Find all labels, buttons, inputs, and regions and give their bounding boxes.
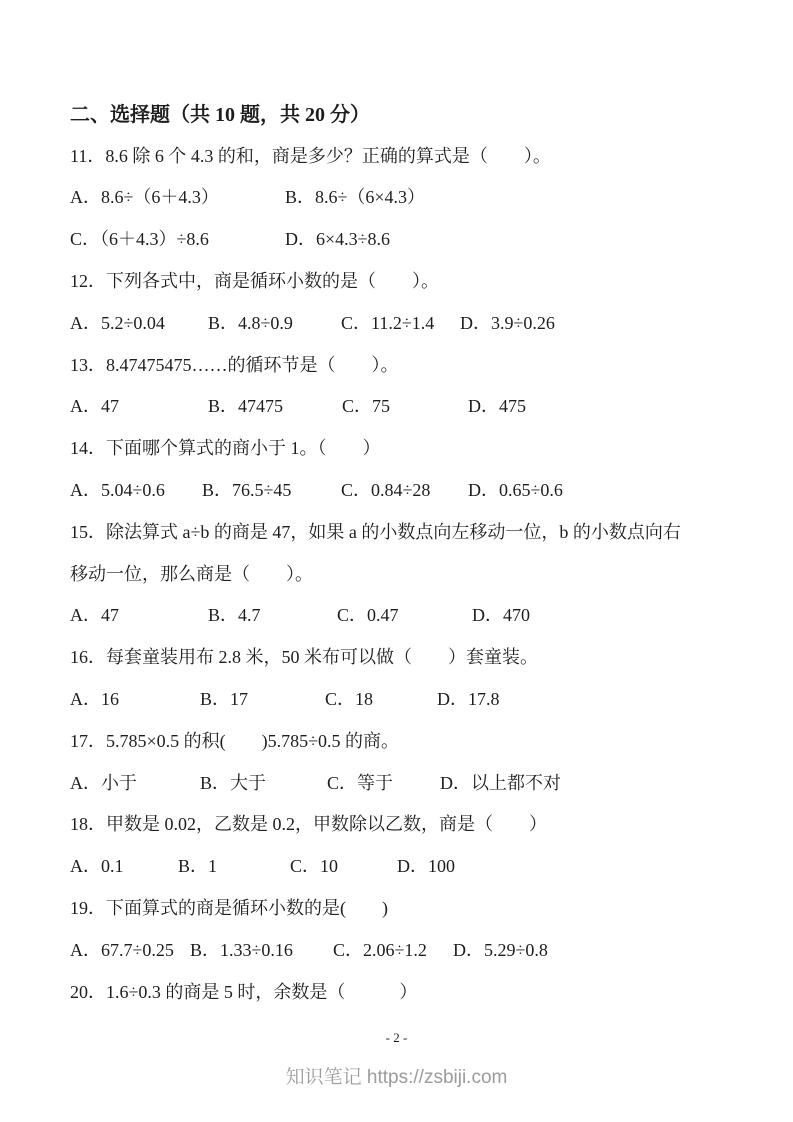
q11-options-row-1: A．8.6÷（6＋4.3） B．8.6÷（6×4.3） xyxy=(70,176,735,218)
q18-stem-text: 18．甲数是 0.02，乙数是 0.2，甲数除以乙数，商是（ ） xyxy=(70,810,547,836)
q16-option-a: A．16 xyxy=(70,685,200,711)
q18-stem: 18．甲数是 0.02，乙数是 0.2，甲数除以乙数，商是（ ） xyxy=(70,803,735,845)
q14-option-b: B．76.5÷45 xyxy=(202,476,341,502)
q18-options-row: A．0.1 B．1 C．10 D．100 xyxy=(70,844,735,886)
q12-option-a: A．5.2÷0.04 xyxy=(70,309,208,335)
q16-option-b: B．17 xyxy=(200,685,325,711)
q17-option-c: C．等于 xyxy=(327,769,440,795)
q19-stem-text: 19．下面算式的商是循环小数的是( ) xyxy=(70,894,388,920)
q18-option-d: D．100 xyxy=(397,852,455,878)
q12-stem: 12．下列各式中，商是循环小数的是（ ）。 xyxy=(70,259,735,301)
q11-stem-text: 11．8.6 除 6 个 4.3 的和，商是多少？正确的算式是（ ）。 xyxy=(70,142,551,168)
q12-options-row: A．5.2÷0.04 B．4.8÷0.9 C．11.2÷1.4 D．3.9÷0.… xyxy=(70,301,735,343)
q16-stem: 16．每套童装用布 2.8 米，50 米布可以做（ ）套童装。 xyxy=(70,635,735,677)
q13-option-a: A．47 xyxy=(70,392,208,418)
q11-option-b: B．8.6÷（6×4.3） xyxy=(285,183,425,209)
q19-options-row: A．67.7÷0.25 B．1.33÷0.16 C．2.06÷1.2 D．5.2… xyxy=(70,928,735,970)
q19-stem: 19．下面算式的商是循环小数的是( ) xyxy=(70,886,735,928)
q15-stem-text-1: 15．除法算式 a÷b 的商是 47，如果 a 的小数点向左移动一位，b 的小数… xyxy=(70,518,681,544)
q13-option-c: C．75 xyxy=(342,392,468,418)
q11-options-row-2: C．（6＋4.3）÷8.6 D．6×4.3÷8.6 xyxy=(70,217,735,259)
q17-option-d: D．以上都不对 xyxy=(440,769,561,795)
q12-option-c: C．11.2÷1.4 xyxy=(341,309,460,335)
q11-stem: 11．8.6 除 6 个 4.3 的和，商是多少？正确的算式是（ ）。 xyxy=(70,134,735,176)
q15-stem-line-2: 移动一位，那么商是（ ）。 xyxy=(70,552,735,594)
q15-stem-text-2: 移动一位，那么商是（ ）。 xyxy=(70,560,313,586)
q14-option-d: D．0.65÷0.6 xyxy=(468,476,563,502)
q18-option-a: A．0.1 xyxy=(70,852,178,878)
q14-stem: 14．下面哪个算式的商小于 1。（ ） xyxy=(70,426,735,468)
q17-stem-text: 17．5.785×0.5 的积( )5.785÷0.5 的商。 xyxy=(70,727,399,753)
q19-option-c: C．2.06÷1.2 xyxy=(333,936,453,962)
q13-option-b: B．47475 xyxy=(208,392,342,418)
exam-page-content: 二、选择题（共 10 题，共 20 分） 11．8.6 除 6 个 4.3 的和… xyxy=(70,92,735,1012)
q15-option-a: A．47 xyxy=(70,601,208,627)
q14-option-c: C．0.84÷28 xyxy=(341,476,468,502)
q16-stem-text: 16．每套童装用布 2.8 米，50 米布可以做（ ）套童装。 xyxy=(70,643,538,669)
q13-stem-text: 13．8.47475475……的循环节是（ ）。 xyxy=(70,351,399,377)
q17-stem: 17．5.785×0.5 的积( )5.785÷0.5 的商。 xyxy=(70,719,735,761)
q19-option-b: B．1.33÷0.16 xyxy=(190,936,333,962)
q14-options-row: A．5.04÷0.6 B．76.5÷45 C．0.84÷28 D．0.65÷0.… xyxy=(70,468,735,510)
q17-options-row: A．小于 B．大于 C．等于 D．以上都不对 xyxy=(70,761,735,803)
q14-option-a: A．5.04÷0.6 xyxy=(70,476,202,502)
q16-options-row: A．16 B．17 C．18 D．17.8 xyxy=(70,677,735,719)
q15-stem-line-1: 15．除法算式 a÷b 的商是 47，如果 a 的小数点向左移动一位，b 的小数… xyxy=(70,510,735,552)
q13-options-row: A．47 B．47475 C．75 D．475 xyxy=(70,385,735,427)
q14-stem-text: 14．下面哪个算式的商小于 1。（ ） xyxy=(70,434,381,460)
section-title-text: 二、选择题（共 10 题，共 20 分） xyxy=(70,98,370,127)
q15-option-d: D．470 xyxy=(472,601,530,627)
q16-option-d: D．17.8 xyxy=(437,685,500,711)
q18-option-b: B．1 xyxy=(178,852,290,878)
q11-option-c: C．（6＋4.3）÷8.6 xyxy=(70,225,285,251)
site-watermark: 知识笔记 https://zsbiji.com xyxy=(0,1062,793,1089)
q15-option-c: C．0.47 xyxy=(337,601,472,627)
q13-option-d: D．475 xyxy=(468,392,526,418)
q19-option-a: A．67.7÷0.25 xyxy=(70,936,190,962)
q12-stem-text: 12．下列各式中，商是循环小数的是（ ）。 xyxy=(70,267,439,293)
q12-option-b: B．4.8÷0.9 xyxy=(208,309,341,335)
q17-option-a: A．小于 xyxy=(70,769,200,795)
q20-stem-text: 20．1.6÷0.3 的商是 5 时，余数是（ ） xyxy=(70,978,417,1004)
q15-options-row: A．47 B．4.7 C．0.47 D．470 xyxy=(70,594,735,636)
page-number: - 2 - xyxy=(0,1030,793,1046)
q12-option-d: D．3.9÷0.26 xyxy=(460,309,555,335)
q11-option-a: A．8.6÷（6＋4.3） xyxy=(70,183,285,209)
q17-option-b: B．大于 xyxy=(200,769,327,795)
q15-option-b: B．4.7 xyxy=(208,601,337,627)
section-title: 二、选择题（共 10 题，共 20 分） xyxy=(70,92,735,134)
q13-stem: 13．8.47475475……的循环节是（ ）。 xyxy=(70,343,735,385)
q19-option-d: D．5.29÷0.8 xyxy=(453,936,548,962)
q11-option-d: D．6×4.3÷8.6 xyxy=(285,225,390,251)
q20-stem: 20．1.6÷0.3 的商是 5 时，余数是（ ） xyxy=(70,970,735,1012)
q16-option-c: C．18 xyxy=(325,685,437,711)
q18-option-c: C．10 xyxy=(290,852,397,878)
